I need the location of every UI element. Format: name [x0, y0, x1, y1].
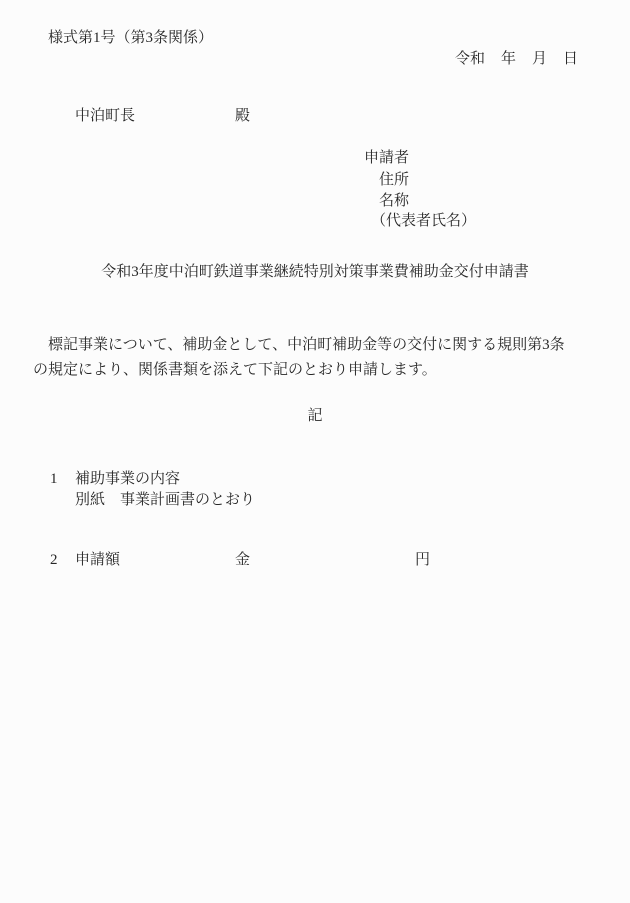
body-paragraph-line-1: 標記事業について、補助金として、中泊町補助金等の交付に関する規則第3条 — [33, 333, 599, 358]
item-1-detail-text: 別紙 事業計画書のとおり — [75, 492, 255, 509]
date-line: 令和 年 月 日 — [455, 51, 578, 68]
item-1-number: 1 — [50, 471, 58, 488]
applicant-name-label: 名称 — [379, 193, 409, 210]
application-form-page: 様式第1号（第3条関係） 令和 年 月 日 中泊町長 殿 申請者 住所 名称 （… — [0, 0, 630, 903]
applicant-representative-label: （代表者氏名） — [371, 213, 476, 230]
form-style-number: 様式第1号（第3条関係） — [48, 30, 213, 47]
item-2-label: 申請額 — [75, 552, 120, 569]
addressee-recipient: 中泊町長 — [75, 108, 135, 125]
list-item-1: 1 補助事業の内容 — [0, 471, 630, 489]
date-day-label: 日 — [563, 51, 578, 68]
applicant-heading: 申請者 — [364, 150, 409, 167]
record-mark: 記 — [0, 408, 630, 425]
addressee-line: 中泊町長 殿 — [0, 108, 630, 126]
date-month-label: 月 — [532, 51, 547, 68]
date-era-label: 令和 — [455, 51, 485, 68]
body-paragraph-line-2: の規定により、関係書類を添えて下記のとおり申請します。 — [33, 358, 599, 383]
document-title: 令和3年度中泊町鉄道事業継続特別対策事業費補助金交付申請書 — [0, 264, 630, 281]
item-2-number: 2 — [50, 552, 58, 569]
applicant-address-label: 住所 — [379, 172, 409, 189]
item-1-label: 補助事業の内容 — [75, 471, 180, 488]
list-item-2: 2 申請額 金 円 — [0, 552, 630, 570]
item-2-amount-prefix: 金 — [235, 552, 250, 569]
item-2-amount-suffix: 円 — [415, 552, 430, 569]
list-item-1-detail: 別紙 事業計画書のとおり — [0, 492, 630, 510]
addressee-honorific: 殿 — [235, 108, 250, 125]
body-paragraph: 標記事業について、補助金として、中泊町補助金等の交付に関する規則第3条 の規定に… — [33, 333, 599, 383]
date-year-label: 年 — [501, 51, 516, 68]
